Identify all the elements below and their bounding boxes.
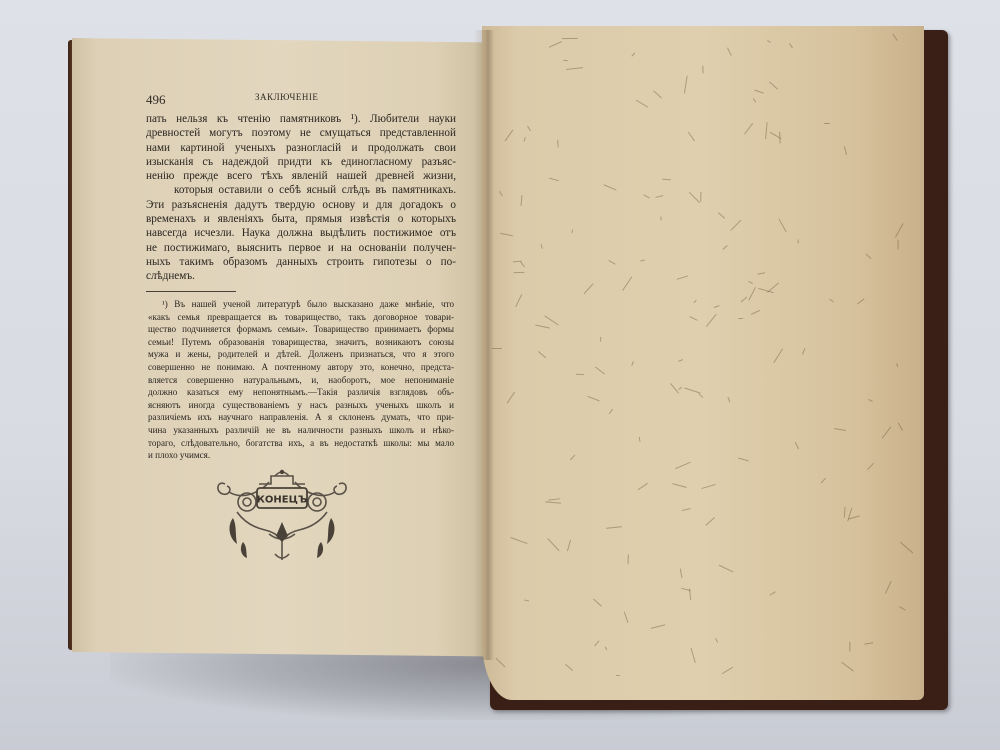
footnote-line: мужа и жены, родителей и дѣтей. Долженъ … — [148, 348, 454, 361]
paper-fiber — [520, 261, 525, 267]
paper-fiber — [706, 314, 717, 327]
paper-fiber — [571, 229, 573, 233]
paper-fiber — [705, 518, 715, 527]
paper-fiber — [753, 98, 757, 103]
text-line: слѣднемъ. — [146, 269, 456, 283]
paper-fiber — [898, 239, 899, 249]
paper-fiber — [499, 191, 503, 196]
paper-fiber — [824, 123, 830, 124]
text-line: изысканія съ надеждой придти къ единогла… — [146, 155, 456, 169]
paper-fiber — [730, 220, 742, 232]
paper-fiber — [892, 34, 898, 42]
paper-fiber — [754, 90, 763, 94]
paper-fiber — [843, 146, 846, 155]
paper-fiber — [894, 223, 903, 238]
paper-fiber — [510, 537, 527, 544]
paper-fiber — [674, 462, 690, 470]
footnote-line: тораго, слѣдовательно, богатства ихъ, а … — [148, 437, 454, 450]
paper-fiber — [570, 454, 576, 460]
paper-fiber — [677, 276, 688, 280]
paper-fiber — [866, 254, 872, 260]
paper-fiber — [689, 316, 698, 321]
paper-fiber — [606, 526, 622, 529]
paper-fiber — [738, 318, 743, 319]
paper-fiber — [829, 298, 834, 302]
paper-fiber — [547, 538, 559, 551]
paper-fiber — [899, 542, 912, 554]
paper-fiber — [631, 52, 635, 56]
paper-fiber — [678, 359, 683, 362]
footnote-line: ¹) Въ нашей ученой литературѣ было выска… — [148, 298, 454, 311]
paper-fiber — [698, 393, 703, 398]
paper-fiber — [541, 244, 543, 249]
paper-fiber — [848, 515, 860, 519]
paper-fiber — [727, 48, 732, 56]
body-text: пать нельзя къ чтенію памятниковъ ¹). Лю… — [146, 112, 456, 284]
footnote-line: ясняютъ иногда существованіемъ у насъ ра… — [148, 399, 454, 412]
footnote: ¹) Въ нашей ученой литературѣ было выска… — [148, 298, 454, 462]
footnote-line: и плохо учимся. — [148, 449, 454, 462]
running-head: ЗАКЛЮЧЕНІЕ — [255, 92, 318, 102]
paper-fiber — [841, 662, 853, 672]
text-line: ныхъ такимъ образомъ данныхъ строить гип… — [146, 255, 456, 269]
paper-fiber — [684, 76, 688, 94]
paper-fiber — [584, 283, 594, 294]
paper-fiber — [562, 38, 578, 39]
paper-fiber — [684, 388, 700, 394]
paper-fiber — [701, 484, 716, 489]
paper-fiber — [564, 664, 572, 671]
paper-fiber — [751, 310, 761, 315]
paper-fiber — [524, 599, 529, 601]
footnote-line: совершенно не понимаю. А почтенному авто… — [148, 361, 454, 374]
footnote-line: различіемъ ихъ научнаго направленія. А я… — [148, 411, 454, 424]
paper-fiber — [653, 90, 662, 98]
paper-fiber — [644, 195, 651, 199]
paper-fiber — [545, 502, 561, 504]
paper-fiber — [635, 100, 647, 108]
page-number: 496 — [146, 92, 166, 108]
paper-fiber — [608, 260, 616, 265]
text-line: навсегда исчезли. Наука должна выдѣлить … — [146, 226, 456, 240]
paper-fiber — [820, 477, 825, 483]
footnote-rule — [146, 291, 236, 292]
svg-text:КОНЕЦЪ: КОНЕЦЪ — [257, 495, 308, 506]
text-line: пать нельзя къ чтенію памятниковъ ¹). Лю… — [146, 112, 456, 126]
paper-fiber — [576, 373, 584, 374]
paper-fiber — [769, 81, 778, 89]
paper-fiber — [748, 281, 753, 284]
paper-fiber — [722, 246, 727, 251]
paper-fiber — [544, 316, 559, 327]
paper-fiber — [558, 140, 559, 148]
paper-fiber — [849, 642, 850, 652]
paper-fiber — [639, 437, 641, 442]
paper-fiber — [682, 508, 691, 511]
paper-fiber — [714, 305, 720, 308]
paper-fiber — [718, 564, 733, 572]
paper-fiber — [749, 287, 757, 300]
paper-fiber — [770, 591, 777, 596]
paper-fiber — [765, 122, 767, 139]
paper-fiber — [857, 298, 865, 305]
paper-fiber — [867, 463, 874, 470]
text-line: которыя оставили о себѣ ясный слѣдъ въ п… — [146, 183, 456, 197]
paper-fiber — [624, 611, 629, 623]
paper-fiber — [605, 647, 608, 651]
paper-fiber — [593, 598, 602, 606]
paper-fiber — [631, 361, 634, 366]
paper-fiber — [680, 568, 683, 578]
paper-fiber — [495, 658, 505, 668]
paper-fiber — [688, 132, 695, 141]
paper-fiber — [672, 483, 686, 488]
text-line: не постижимаго, выяснить первое и на осн… — [146, 241, 456, 255]
paper-fiber — [899, 606, 906, 611]
paper-fiber — [678, 386, 682, 389]
paper-fiber — [727, 397, 730, 403]
paper-fiber — [538, 351, 546, 358]
paper-fiber — [566, 67, 583, 70]
paper-fiber — [868, 399, 873, 402]
paper-fiber — [700, 192, 701, 202]
paper-fiber — [549, 178, 559, 182]
paper-fiber — [795, 442, 799, 449]
paper-fiber — [549, 41, 563, 48]
paper-fiber — [515, 294, 522, 307]
paper-fiber — [655, 195, 663, 198]
paper-fiber — [774, 348, 784, 363]
paper-fiber — [847, 508, 852, 521]
paper-fiber — [798, 239, 799, 243]
paper-fiber — [718, 212, 725, 219]
paper-fiber — [548, 499, 560, 501]
paper-fiber — [703, 66, 704, 74]
paper-fiber — [693, 300, 697, 304]
paper-fiber — [864, 642, 873, 645]
paper-fiber — [689, 192, 700, 203]
text-line: ненію прежде всего тѣхъ явленій нашей др… — [146, 169, 456, 183]
footnote-line: щество подчиняется формамъ семьи». Товар… — [148, 323, 454, 336]
paper-fiber — [535, 325, 549, 329]
paper-fiber — [587, 396, 599, 401]
paper-fiber — [801, 348, 805, 355]
paper-fiber — [834, 428, 846, 431]
footnote-line: «какъ семья превращается въ товарищество… — [148, 311, 454, 324]
paper-fiber — [603, 185, 617, 192]
text-line: древностей могутъ поэтому не смущаться п… — [146, 126, 456, 140]
paper-fiber — [738, 458, 749, 462]
paper-fiber — [740, 296, 747, 302]
paper-fiber — [628, 554, 629, 564]
paper-fiber — [662, 178, 672, 180]
paper-fiber — [563, 60, 568, 61]
paper-fiber — [789, 43, 793, 48]
right-page — [482, 26, 924, 700]
text-line: нами картиной ученыхъ разногласій и прод… — [146, 141, 456, 155]
paper-fiber — [527, 126, 531, 132]
paper-fiber — [640, 259, 645, 261]
paper-fiber — [616, 675, 620, 676]
paper-fiber — [722, 666, 734, 673]
paper-fiber — [595, 366, 605, 374]
paper-fiber — [507, 391, 516, 403]
text-line: Эти разъясненія дадутъ твердую основу и … — [146, 198, 456, 212]
paper-fiber — [779, 219, 787, 233]
paper-fiber — [881, 426, 891, 439]
footnote-line: семьи! Путемъ образованія товарищества, … — [148, 336, 454, 349]
paper-fiber — [514, 272, 525, 273]
footnote-line: чина указанныхъ различій не въ наличност… — [148, 424, 454, 437]
paper-fiber — [594, 641, 599, 647]
footnote-line: вляется совершенно натуральнымъ, и, наоб… — [148, 374, 454, 387]
paper-fiber — [505, 129, 514, 141]
paper-fiber — [651, 625, 665, 629]
footnote-line: должно казаться ему непонятнымъ.—Такія р… — [148, 386, 454, 399]
paper-fiber — [520, 195, 522, 206]
end-ornament-icon: КОНЕЦЪ — [207, 462, 357, 572]
text-line: временахъ и явленіяхъ быта, прямыя извѣс… — [146, 212, 456, 226]
paper-fiber — [500, 233, 513, 236]
paper-fiber — [567, 540, 571, 552]
book-gutter — [474, 30, 494, 660]
paper-fiber — [660, 216, 662, 220]
paper-fiber — [896, 363, 898, 368]
paper-fiber — [715, 638, 718, 643]
paper-fiber — [885, 580, 892, 594]
paper-fiber — [609, 409, 613, 414]
paper-fiber — [638, 483, 648, 490]
paper-fiber — [757, 272, 765, 274]
paper-fiber — [898, 422, 903, 430]
paper-fiber — [844, 506, 846, 517]
paper-fiber — [523, 137, 525, 142]
paper-fiber — [690, 647, 695, 663]
paper-fiber — [601, 337, 602, 342]
paper-fiber — [744, 123, 753, 134]
paper-fiber — [622, 277, 632, 291]
paper-fiber — [767, 40, 771, 43]
